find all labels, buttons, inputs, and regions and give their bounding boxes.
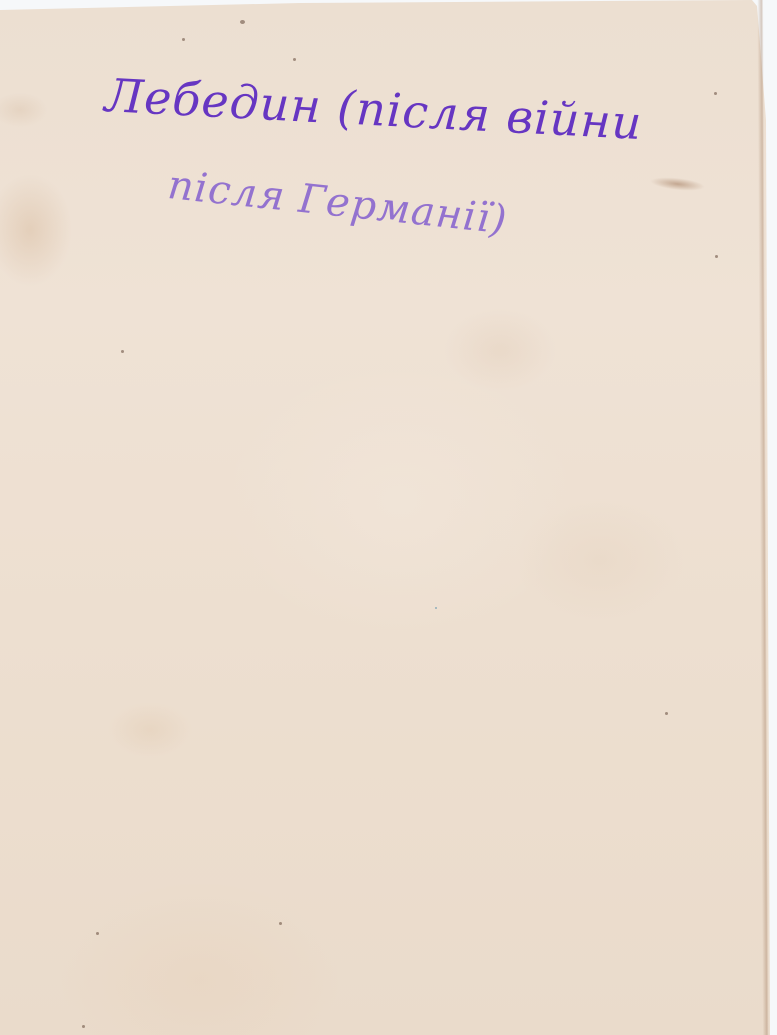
paper-crease [650, 175, 706, 193]
paper-speck [293, 58, 296, 61]
handwritten-caption-line-2: після Германії) [166, 162, 510, 243]
paper-speck [96, 932, 99, 935]
paper-speck [665, 712, 668, 715]
handwritten-caption-line-1: Лебедин (після війни [104, 68, 644, 150]
photo-back-paper: Лебедин (після війни після Германії) [0, 0, 777, 1035]
paper-speck [435, 607, 437, 609]
paper-speck [82, 1025, 85, 1028]
paper-speck [182, 38, 185, 41]
paper-speck [715, 255, 718, 258]
paper-speck [279, 922, 282, 925]
paper-speck [714, 92, 717, 95]
paper-speck [240, 20, 245, 24]
paper-speck [121, 350, 124, 353]
